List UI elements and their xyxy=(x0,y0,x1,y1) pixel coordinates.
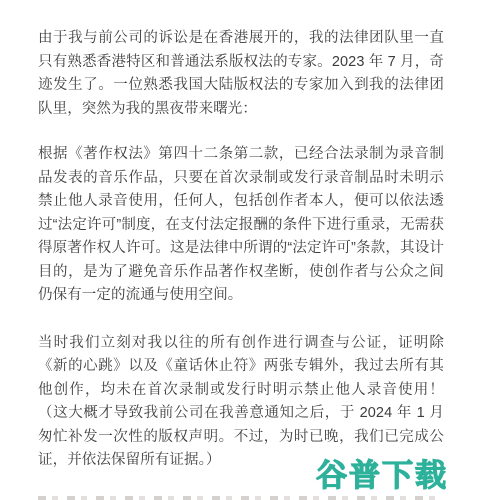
paragraph-copyright-law-clause: 根据《著作权法》第四十二条第二款，已经合法录制为录音制品发表的音乐作品，只要在首… xyxy=(38,143,444,308)
site-watermark-logo: 谷普下载 xyxy=(316,458,450,494)
paragraph-legal-team: 由于我与前公司的诉讼是在香港展开的，我的法律团队里一直只有熟悉香港特区和普通法系… xyxy=(38,27,444,121)
paragraph-notarization: 当时我们立刻对我以往的所有创作进行调查与公证，证明除《新的心跳》以及《童话休止符… xyxy=(38,332,444,473)
cutoff-next-text-line xyxy=(38,496,442,500)
article-body: 由于我与前公司的诉讼是在香港展开的，我的法律团队里一直只有熟悉香港特区和普通法系… xyxy=(38,27,444,473)
document-page: 由于我与前公司的诉讼是在香港展开的，我的法律团队里一直只有熟悉香港特区和普通法系… xyxy=(0,0,497,500)
